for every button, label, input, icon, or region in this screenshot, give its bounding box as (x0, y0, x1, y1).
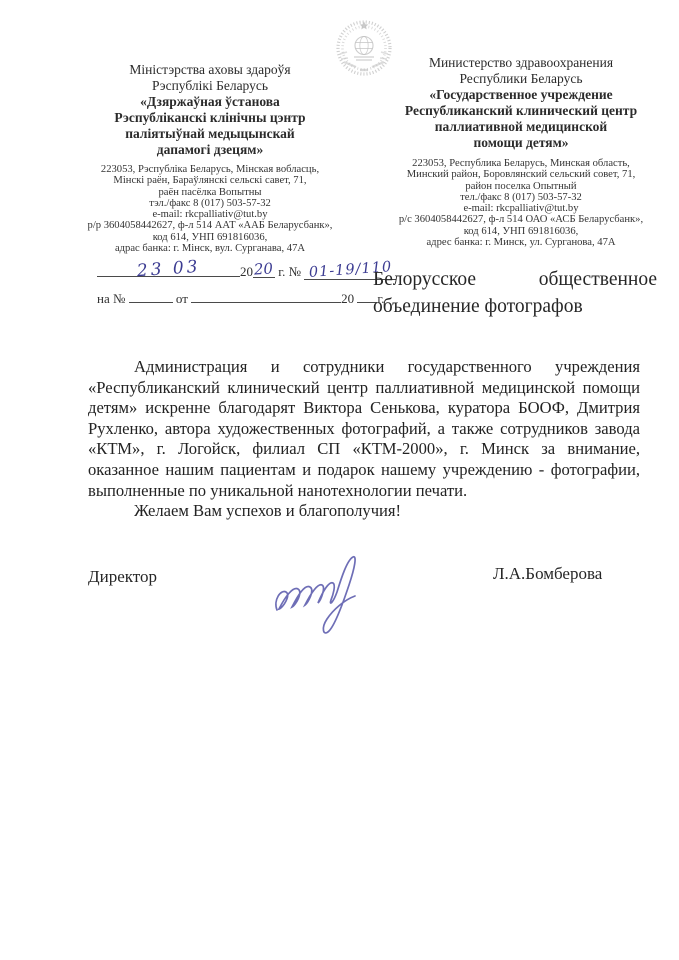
body-paragraph: Администрация и сотрудники государственн… (88, 357, 640, 501)
reference-date-line: 23 032020 г. № 01-19/110 (97, 261, 396, 280)
body-paragraph: Желаем Вам успехов и благополучия! (88, 501, 640, 522)
letterhead-line: Міністэрства аховы здароўя (75, 62, 345, 78)
number-label: г. № (278, 264, 301, 279)
recipient-line: Белорусское общественное (373, 266, 657, 293)
recipient-line: объединение фотографов (373, 293, 657, 320)
letterhead-line: паллиативной медицинской (385, 119, 657, 135)
address-line: код 614, УНП 691816036, (375, 226, 667, 237)
letterhead-line: Республики Беларусь (385, 71, 657, 87)
handwritten-year: 20 (254, 259, 274, 278)
address-line: р/с 3604058442627, ф-л 514 ОАО «АСБ Бела… (375, 214, 667, 225)
letterhead-line: Рэспублікі Беларусь (75, 78, 345, 94)
letterhead-line: помощи детям» (385, 135, 657, 151)
address-line: адрес банка: г. Минск, ул. Сурганова, 47… (375, 237, 667, 248)
letterhead-left-ministry: Міністэрства аховы здароўя Рэспублікі Бе… (75, 62, 345, 94)
letterhead-left: Міністэрства аховы здароўя Рэспублікі Бе… (75, 62, 345, 158)
letterhead-line: Министерство здравоохранения (385, 55, 657, 71)
handwritten-date: 23 03 (136, 257, 201, 281)
letterhead-left-org: «Дзяржаўная ўстанова Рэспубліканскі клін… (75, 94, 345, 158)
address-line: e-mail: rkcpalliativ@tut.by (55, 209, 365, 220)
letterhead-right: Министерство здравоохранения Республики … (385, 55, 657, 151)
letterhead-line: «Дзяржаўная ўстанова (75, 94, 345, 110)
handwritten-signature (272, 550, 382, 645)
letterhead-left-address: 223053, Рэспубліка Беларусь, Мінская воб… (55, 164, 365, 254)
on-number-label: на № (97, 291, 125, 306)
address-line: тэл./факс 8 (017) 503-57-32 (55, 198, 365, 209)
letterhead-right-ministry: Министерство здравоохранения Республики … (385, 55, 657, 87)
letterhead-line: дапамогі дзецям» (75, 142, 345, 158)
reply-year-label: 20 (341, 291, 354, 306)
address-line: код 614, УНП 691816036, (55, 232, 365, 243)
recipient-block: Белорусское общественное объединение фот… (373, 266, 657, 320)
signer-name: Л.А.Бомберова (493, 564, 602, 584)
address-line: раён пасёлка Вопытны (55, 187, 365, 198)
year-blank-field: 20 (253, 262, 275, 278)
address-line: 223053, Рэспубліка Беларусь, Мінская воб… (55, 164, 365, 175)
letterhead-line: паліятыўнай медыцынскай (75, 126, 345, 142)
scanned-letter-page: Міністэрства аховы здароўя Рэспублікі Бе… (0, 0, 679, 960)
reference-reply-line: на № от 20 г. (97, 287, 385, 307)
letterhead-right-address: 223053, Республика Беларусь, Минская обл… (375, 158, 667, 248)
address-line: р/р 3604058442627, ф-л 514 ААТ «ААБ Бела… (55, 220, 365, 231)
address-line: e-mail: rkcpalliativ@tut.by (375, 203, 667, 214)
reply-date-blank (191, 287, 341, 303)
letterhead-right-org: «Государственное учреждение Республиканс… (385, 87, 657, 151)
address-line: 223053, Республика Беларусь, Минская обл… (375, 158, 667, 169)
address-line: адрас банка: г. Мінск, вул. Сурганава, 4… (55, 243, 365, 254)
address-line: Минский район, Боровлянский сельский сов… (375, 169, 667, 180)
reply-number-blank (129, 287, 173, 303)
letter-body: Администрация и сотрудники государственн… (88, 357, 640, 522)
year-prefix-label: 20 (240, 264, 253, 279)
letterhead-line: «Государственное учреждение (385, 87, 657, 103)
from-label: от (176, 291, 188, 306)
letterhead-line: Республиканский клинический центр (385, 103, 657, 119)
address-line: район поселка Опытный (375, 181, 667, 192)
letterhead-line: Рэспубліканскі клінічны цэнтр (75, 110, 345, 126)
address-line: тел./факс 8 (017) 503-57-32 (375, 192, 667, 203)
address-line: Мінскі раён, Бараўлянскі сельскі савет, … (55, 175, 365, 186)
signer-title: Директор (88, 567, 157, 587)
date-blank-field: 23 03 (97, 261, 240, 277)
